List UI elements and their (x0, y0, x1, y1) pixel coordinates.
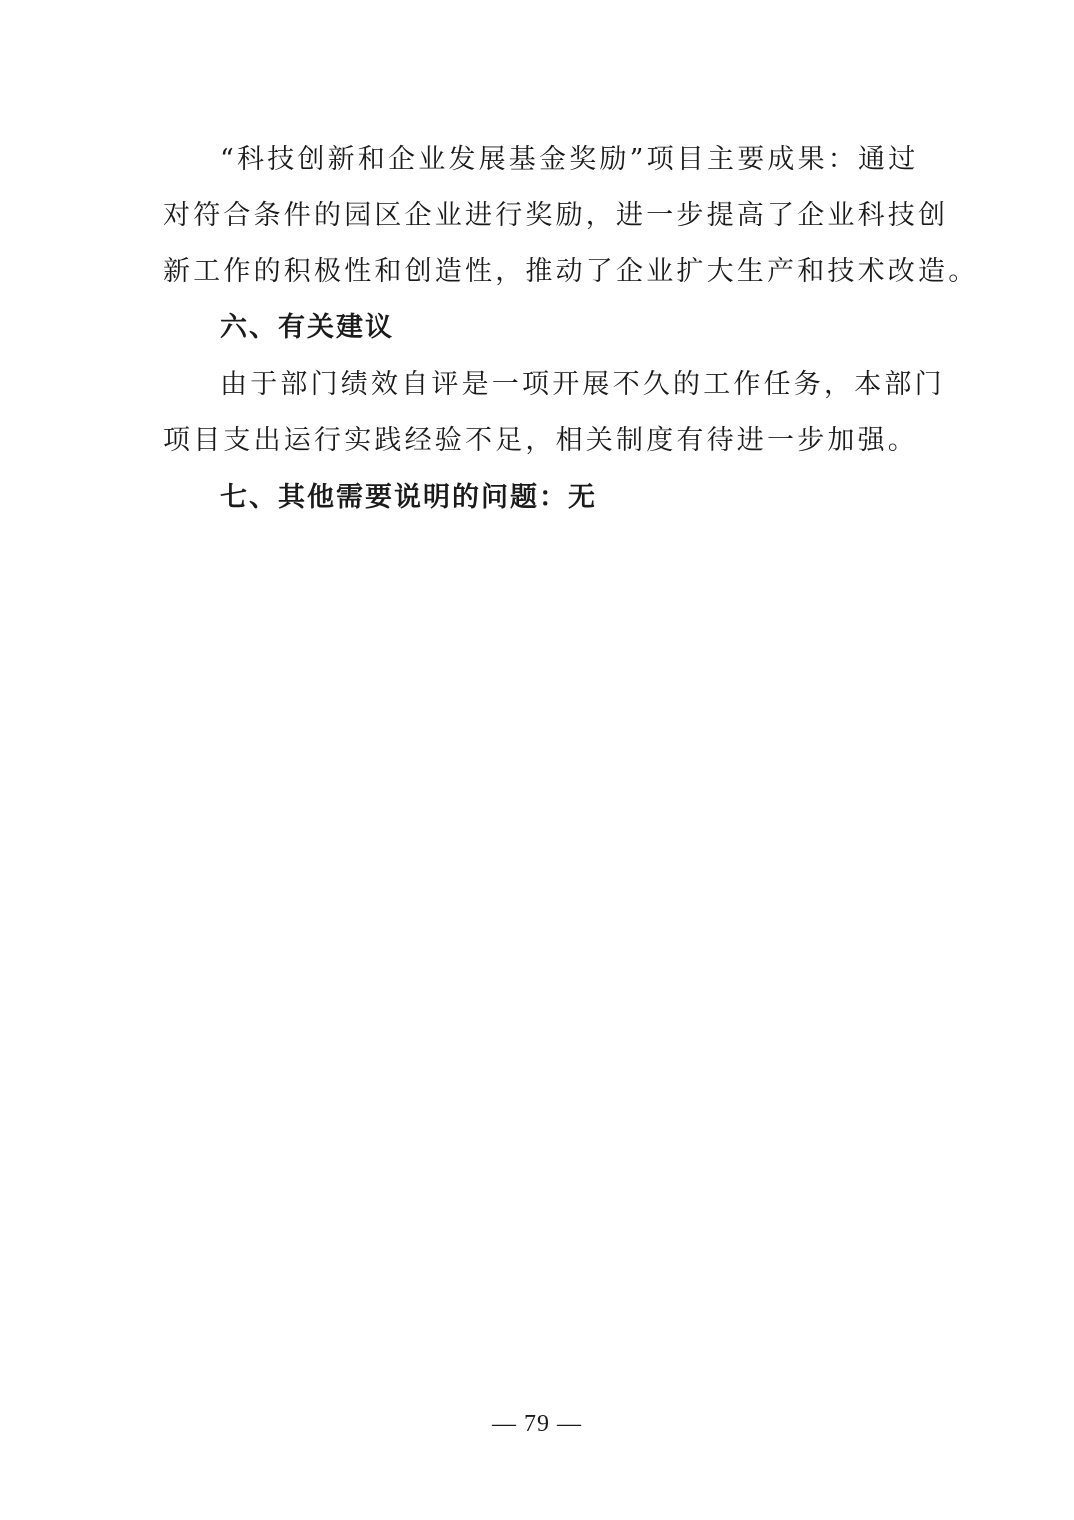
suggestion-paragraph-line-1: 由于部门绩效自评是一项开展不久的工作任务，本部门 (220, 368, 980, 402)
section-six-heading: 六、有关建议 (220, 311, 980, 345)
section-seven-heading: 七、其他需要说明的问题：无 (220, 481, 980, 515)
suggestion-paragraph-line-2: 项目支出运行实践经验不足，相关制度有待进一步加强。 (163, 424, 923, 458)
page-number: — 79 — (0, 1411, 1074, 1438)
results-paragraph-line-2: 对符合条件的园区企业进行奖励，进一步提高了企业科技创 (163, 199, 923, 233)
results-paragraph-line-1: “科技创新和企业发展基金奖励”项目主要成果：通过 (220, 143, 980, 177)
results-paragraph-line-3: 新工作的积极性和创造性，推动了企业扩大生产和技术改造。 (163, 255, 923, 289)
document-page: “科技创新和企业发展基金奖励”项目主要成果：通过 对符合条件的园区企业进行奖励，… (0, 0, 1074, 1520)
